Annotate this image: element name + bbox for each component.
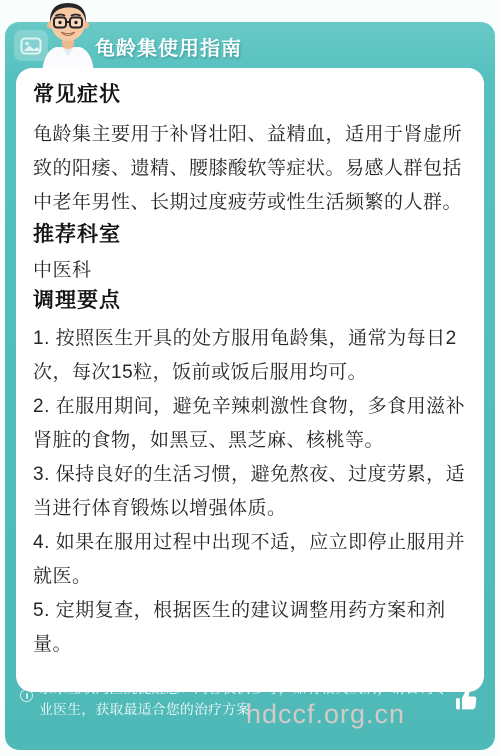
page-title: 龟龄集使用指南 (95, 32, 242, 61)
section-heading-department: 推荐科室 (33, 222, 470, 248)
section-heading-care-points: 调理要点 (33, 288, 470, 314)
department-text: 中医科 (33, 256, 470, 286)
footer: 京东互联网医院提醒您：内容仅供参考，如有相关疾病，请咨询专业医生，获取最适合您的… (20, 678, 480, 720)
page: 龟龄集使用指南 常见症状 龟龄集主要用于补肾壮阳、益精血，适用于肾虚所致的阳痿、… (0, 0, 500, 756)
doctor-avatar (31, 0, 105, 78)
care-point-item: 3. 保持良好的生活习惯，避免熬夜、过度劳累，适当进行体育锻炼以增强体质。 (33, 458, 470, 526)
guide-card: 龟龄集使用指南 常见症状 龟龄集主要用于补肾壮阳、益精血，适用于肾虚所致的阳痿、… (5, 22, 495, 750)
care-point-item: 2. 在服用期间，避免辛辣刺激性食物，多食用滋补肾脏的食物，如黑豆、黑芝麻、核桃… (33, 390, 470, 458)
thumbs-up-icon[interactable] (452, 686, 480, 714)
disclaimer-text: 京东互联网医院提醒您：内容仅供参考，如有相关疾病，请咨询专业医生，获取最适合您的… (39, 678, 450, 720)
content-card: 常见症状 龟龄集主要用于补肾壮阳、益精血，适用于肾虚所致的阳痿、遗精、腰膝酸软等… (16, 68, 484, 692)
section-heading-symptoms: 常见症状 (33, 82, 470, 108)
symptoms-text: 龟龄集主要用于补肾壮阳、益精血，适用于肾虚所致的阳痿、遗精、腰膝酸软等症状。易感… (33, 118, 470, 220)
info-circle-icon (20, 689, 33, 702)
care-point-item: 5. 定期复查，根据医生的建议调整用药方案和剂量。 (33, 594, 470, 662)
guide-header: 龟龄集使用指南 (5, 22, 495, 68)
care-point-item: 1. 按照医生开具的处方服用龟龄集，通常为每日2次，每次15粒，饭前或饭后服用均… (33, 322, 470, 390)
care-point-item: 4. 如果在服用过程中出现不适，应立即停止服用并就医。 (33, 526, 470, 594)
